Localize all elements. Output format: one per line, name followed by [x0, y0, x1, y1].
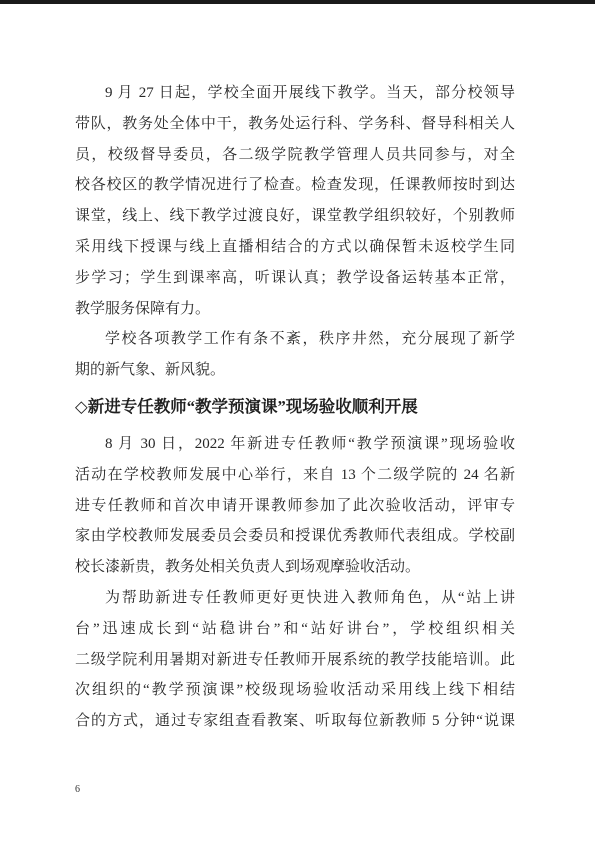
paragraph: 9 月 27 日起，学校全面开展线下教学。当天，部分校领导带队，教务处全体中干，…: [75, 78, 515, 324]
text-line: 教学服务保障有力。: [75, 294, 515, 325]
text-line: 次组织的“教学预演课”校级现场验收活动采用线上线下相结: [75, 675, 515, 706]
paragraph: 为帮助新进专任教师更好更快进入教师角色，从“站上讲台”迅速成长到“站稳讲台”和“…: [75, 583, 515, 737]
text-line: 进专任教师和首次申请开课教师参加了此次验收活动，评审专: [75, 491, 515, 522]
text-line: 8 月 30 日，2022 年新进专任教师“教学预演课”现场验收: [75, 429, 515, 460]
page-number: 6: [75, 784, 80, 796]
text-line: 员，校级督导委员，各二级学院教学管理人员共同参与，对全: [75, 140, 515, 171]
section-heading: ◇新进专任教师“教学预演课”现场验收顺利开展: [75, 392, 515, 422]
text-line: 步学习；学生到课率高，听课认真；教学设备运转基本正常，: [75, 263, 515, 294]
text-line: 学校各项教学工作有条不紊，秩序井然，充分展现了新学: [75, 324, 515, 355]
document-page: 9 月 27 日起，学校全面开展线下教学。当天，部分校领导带队，教务处全体中干，…: [0, 0, 595, 841]
text-line: 为帮助新进专任教师更好更快进入教师角色，从“站上讲: [75, 583, 515, 614]
text-line: 台”迅速成长到“站稳讲台”和“站好讲台”，学校组织相关: [75, 614, 515, 645]
document-body: 9 月 27 日起，学校全面开展线下教学。当天，部分校领导带队，教务处全体中干，…: [75, 78, 515, 737]
paragraph: 8 月 30 日，2022 年新进专任教师“教学预演课”现场验收活动在学校教师发…: [75, 429, 515, 583]
text-line: 带队，教务处全体中干，教务处运行科、学务科、督导科相关人: [75, 109, 515, 140]
text-line: 9 月 27 日起，学校全面开展线下教学。当天，部分校领导: [75, 78, 515, 109]
text-line: 家由学校教师发展委员会委员和授课优秀教师代表组成。学校副: [75, 521, 515, 552]
text-line: 合的方式，通过专家组查看教案、听取每位新教师 5 分钟“说课: [75, 706, 515, 737]
text-line: 校长漆新贵，教务处相关负责人到场观摩验收活动。: [75, 552, 515, 583]
text-line: 二级学院利用暑期对新进专任教师开展系统的教学技能培训。此: [75, 645, 515, 676]
text-line: 期的新气象、新风貌。: [75, 355, 515, 386]
text-line: 采用线下授课与线上直播相结合的方式以确保暂未返校学生同: [75, 232, 515, 263]
paragraph: 学校各项教学工作有条不紊，秩序井然，充分展现了新学期的新气象、新风貌。: [75, 324, 515, 386]
text-line: 校各校区的教学情况进行了检查。检查发现，任课教师按时到达: [75, 170, 515, 201]
text-line: 活动在学校教师发展中心举行，来自 13 个二级学院的 24 名新: [75, 460, 515, 491]
page-top-edge-bar: [0, 0, 595, 4]
text-line: 课堂，线上、线下教学过渡良好，课堂教学组织较好，个别教师: [75, 201, 515, 232]
